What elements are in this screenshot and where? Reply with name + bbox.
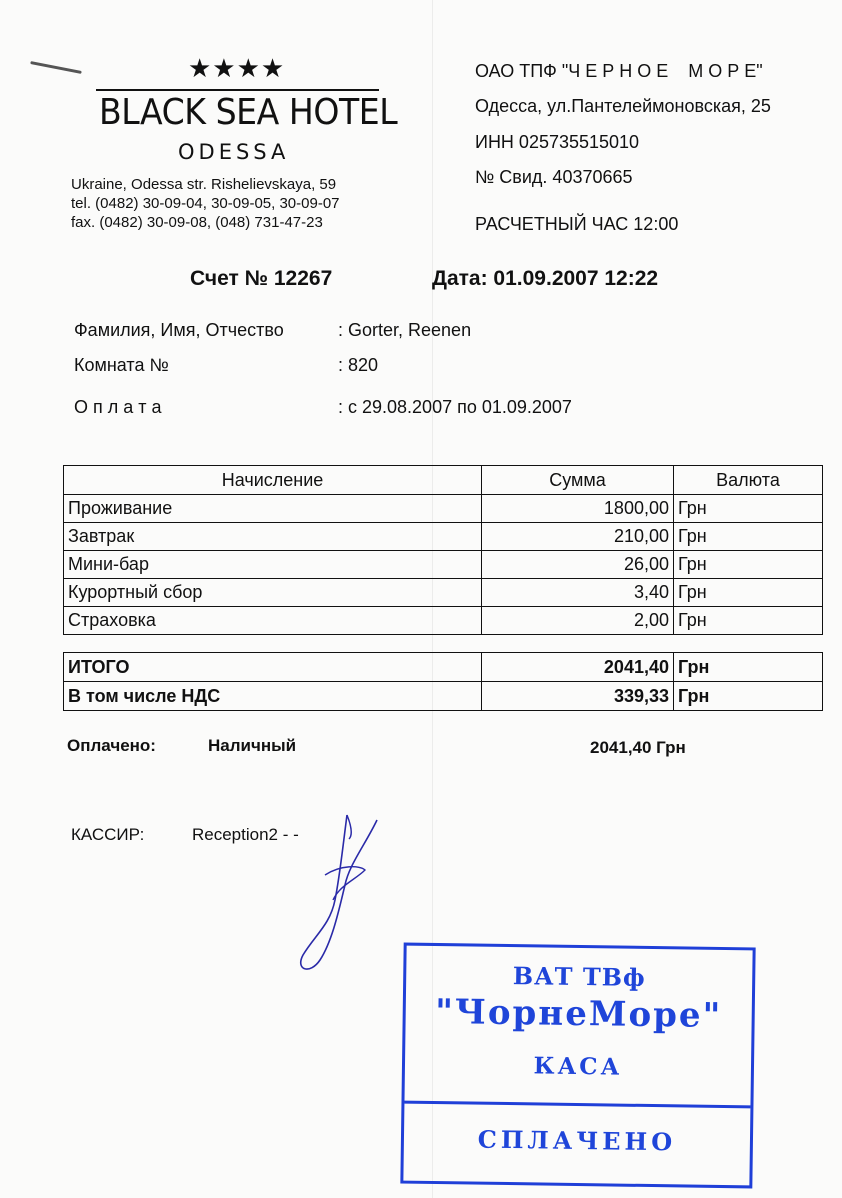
paid-label: Оплачено: xyxy=(67,736,156,756)
hotel-name: BLACK SEA HOTEL xyxy=(99,92,397,133)
charge-currency: Грн xyxy=(674,495,823,523)
charge-item: Завтрак xyxy=(64,523,482,551)
charge-row: Страховка2,00Грн xyxy=(64,607,823,635)
total-row: ИТОГО2041,40Грн xyxy=(64,653,823,682)
payment-method: Наличный xyxy=(208,736,296,756)
invoice-number: Счет № 12267 xyxy=(190,267,332,291)
cashier-value: Reception2 - - xyxy=(192,825,299,845)
table-header-row: Начисление Сумма Валюта xyxy=(64,466,823,495)
charge-item: Мини-бар xyxy=(64,551,482,579)
charge-currency: Грн xyxy=(674,653,823,682)
column-header-item: Начисление xyxy=(64,466,482,495)
charge-amount: 339,33 xyxy=(482,682,674,711)
charge-amount: 26,00 xyxy=(482,551,674,579)
charge-row: Мини-бар26,00Грн xyxy=(64,551,823,579)
hotel-city: ODESSA xyxy=(178,140,289,164)
totals-table: ИТОГО2041,40ГрнВ том числе НДС339,33Грн xyxy=(63,652,823,711)
charge-item: ИТОГО xyxy=(64,653,482,682)
staple-mark xyxy=(30,61,82,74)
stamp-company-type: ВАТ ТВф xyxy=(406,960,752,994)
logo-divider xyxy=(96,89,379,91)
company-cert: № Свид. 40370665 xyxy=(475,167,633,188)
period-value: : с 29.08.2007 по 01.09.2007 xyxy=(338,397,572,418)
stamp-company-name: "ЧорнеМоре" xyxy=(405,992,752,1037)
charge-currency: Грн xyxy=(674,551,823,579)
stamp-divider xyxy=(404,1101,750,1109)
charge-amount: 210,00 xyxy=(482,523,674,551)
guest-name-value: : Gorter, Reenen xyxy=(338,320,471,341)
charge-item: Курортный сбор xyxy=(64,579,482,607)
room-value: : 820 xyxy=(338,355,378,376)
company-address: Одесса, ул.Пантелеймоновская, 25 xyxy=(475,96,771,117)
charge-row: Проживание1800,00Грн xyxy=(64,495,823,523)
charge-currency: Грн xyxy=(674,607,823,635)
hotel-fax: fax. (0482) 30-09-08, (048) 731-47-23 xyxy=(71,214,323,231)
hotel-address: Ukraine, Odessa str. Rishelievskaya, 59 xyxy=(71,176,336,193)
charge-row: Завтрак210,00Грн xyxy=(64,523,823,551)
charge-item: Проживание xyxy=(64,495,482,523)
company-name: ОАО ТПФ "Ч Е Р Н О Е М О Р Е" xyxy=(475,61,763,82)
charge-amount: 1800,00 xyxy=(482,495,674,523)
column-header-currency: Валюта xyxy=(674,466,823,495)
room-label: Комната № xyxy=(74,355,169,376)
stamp-paid: СПЛАЧЕНО xyxy=(404,1124,750,1158)
checkout-time: РАСЧЕТНЫЙ ЧАС 12:00 xyxy=(475,214,678,235)
charge-amount: 3,40 xyxy=(482,579,674,607)
stamp-cash-desk: КАСА xyxy=(405,1051,751,1083)
charges-table: Начисление Сумма Валюта Проживание1800,0… xyxy=(63,465,823,635)
charge-currency: Грн xyxy=(674,682,823,711)
star-rating-icon: ★★★★ xyxy=(188,54,285,84)
column-header-amount: Сумма xyxy=(482,466,674,495)
company-inn: ИНН 025735515010 xyxy=(475,132,639,153)
charge-currency: Грн xyxy=(674,579,823,607)
guest-name-label: Фамилия, Имя, Отчество xyxy=(74,320,284,341)
signature-icon xyxy=(285,805,385,975)
charge-amount: 2,00 xyxy=(482,607,674,635)
paid-stamp: ВАТ ТВф "ЧорнеМоре" КАСА СПЛАЧЕНО xyxy=(400,943,755,1189)
period-label: О п л а т а xyxy=(74,397,162,418)
charge-currency: Грн xyxy=(674,523,823,551)
paid-amount: 2041,40 Грн xyxy=(590,738,686,758)
total-row: В том числе НДС339,33Грн xyxy=(64,682,823,711)
charge-item: Страховка xyxy=(64,607,482,635)
charge-row: Курортный сбор3,40Грн xyxy=(64,579,823,607)
invoice-date: Дата: 01.09.2007 12:22 xyxy=(432,267,658,291)
hotel-tel: tel. (0482) 30-09-04, 30-09-05, 30-09-07 xyxy=(71,195,340,212)
charge-item: В том числе НДС xyxy=(64,682,482,711)
cashier-label: КАССИР: xyxy=(71,825,144,845)
charge-amount: 2041,40 xyxy=(482,653,674,682)
